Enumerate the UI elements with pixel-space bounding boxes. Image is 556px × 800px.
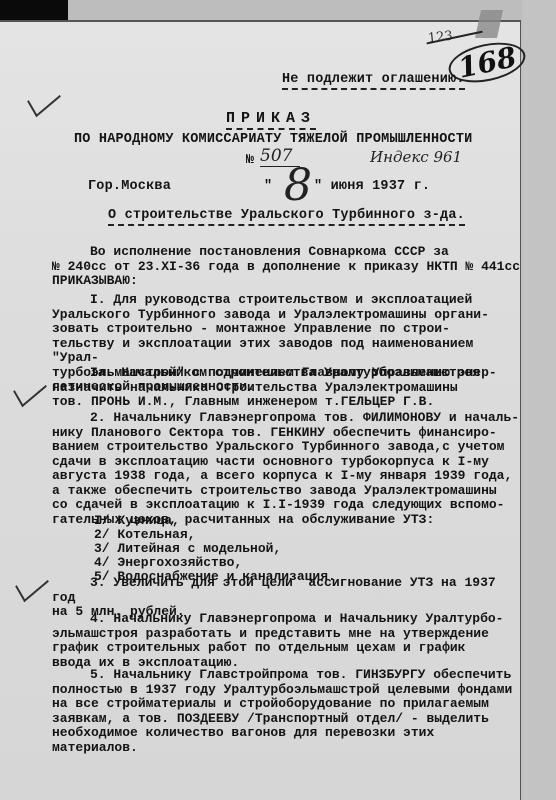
paragraph-line: а также обеспечить строительство завода … bbox=[52, 484, 522, 499]
paragraph-line: полностью в 1937 году Уралтурбоэльмашстр… bbox=[52, 683, 522, 698]
paragraph-line: тельству и эксплоатации этих заводов под… bbox=[52, 337, 522, 366]
preamble-line: ПРИКАЗЫВАЮ: bbox=[52, 274, 522, 289]
workshop-item: 2/ Котельная, bbox=[94, 528, 336, 542]
paragraph-line: тов. ПРОНЬ И.М., Главным инженером т.ГЕЛ… bbox=[52, 395, 522, 410]
paragraph-line: график строительных работ по отдельным ц… bbox=[52, 641, 522, 656]
paragraph-line: зовать строительно - монтажное Управлени… bbox=[52, 322, 522, 337]
paragraph-line: необходимое количество вагонов для перев… bbox=[52, 726, 522, 755]
date-month-year: июня 1937 г. bbox=[331, 179, 431, 194]
paragraph-line: Iа. Начальником строительства Уралтурбоэ… bbox=[52, 366, 522, 381]
paragraph-line: эльмашстроя разработать и представить мн… bbox=[52, 627, 522, 642]
paragraph-line: назначить начальника Строительства Уралэ… bbox=[52, 381, 522, 396]
paragraph-line: 2. Начальнику Главэнергопрома тов. ФИЛИМ… bbox=[52, 411, 522, 426]
index-note: Индекс 961 bbox=[370, 148, 462, 166]
paragraph-line: Уральского Турбинного завода и Уралэлект… bbox=[52, 308, 522, 323]
city: Гор.Москва bbox=[88, 179, 171, 194]
workshop-item: I/ Кузница, bbox=[94, 514, 336, 528]
archive-old-number: 123 bbox=[427, 29, 453, 47]
paragraph-line: 5. Начальнику Главстройпрома тов. ГИНЗБУ… bbox=[52, 668, 522, 683]
date-quote-open: " bbox=[264, 179, 272, 194]
paragraph-2: 2. Начальнику Главэнергопрома тов. ФИЛИМ… bbox=[52, 411, 522, 527]
paragraph-line: на все стройматериалы и стройоборудовани… bbox=[52, 697, 522, 712]
date-day: 8 bbox=[284, 160, 312, 211]
preamble-line: Во исполнение постановления Совнаркома С… bbox=[52, 245, 522, 260]
workshop-item: 3/ Литейная с модельной, bbox=[94, 542, 336, 556]
date-rest: " июня 1937 г. bbox=[314, 179, 430, 194]
workshops-list: I/ Кузница, 2/ Котельная, 3/ Литейная с … bbox=[94, 514, 336, 584]
paragraph-line: нику Планового Сектора тов. ГЕНКИНУ обес… bbox=[52, 426, 522, 441]
paragraph-4: 4. Начальнику Главэнергопрома и Начальни… bbox=[52, 612, 522, 670]
scan-backdrop bbox=[522, 0, 556, 800]
paragraph-line: со сдачей в эксплоатацию к I.I-1939 года… bbox=[52, 498, 522, 513]
paragraph-line: 4. Начальнику Главэнергопрома и Начальни… bbox=[52, 612, 522, 627]
preamble: Во исполнение постановления Совнаркома С… bbox=[52, 245, 522, 289]
paragraph-5: 5. Начальнику Главстройпрома тов. ГИНЗБУ… bbox=[52, 668, 522, 755]
subject-line: О строительстве Уральского Турбинного з-… bbox=[108, 208, 465, 226]
paragraph-line: I. Для руководства строительством и эксп… bbox=[52, 293, 522, 308]
preamble-line: № 240сс от 23.XI-36 года в дополнение к … bbox=[52, 260, 522, 275]
paragraph-1a: Iа. Начальником строительства Уралтурбоэ… bbox=[52, 366, 522, 410]
workshop-item: 4/ Энергохозяйство, bbox=[94, 556, 336, 570]
classification-stamp: Не подлежит оглашению. bbox=[282, 72, 465, 90]
document-title: ПРИКАЗ bbox=[226, 110, 316, 130]
paragraph-line: 3. Увеличить для этой цели ассигнование … bbox=[52, 576, 522, 605]
order-number-prefix: № bbox=[246, 153, 254, 168]
paragraph-line: сдачи в эксплоатацию части основного тур… bbox=[52, 455, 522, 470]
paragraph-line: ванием строительство Уральского Турбинно… bbox=[52, 440, 522, 455]
issuer-heading: ПО НАРОДНОМУ КОМИССАРИАТУ ТЯЖЕЛОЙ ПРОМЫШ… bbox=[74, 132, 472, 147]
paragraph-line: августа 1938 года, а всего корпуса к I-м… bbox=[52, 469, 522, 484]
paragraph-line: заявкам, а тов. ПОЗДЕЕВУ /Транспортный о… bbox=[52, 712, 522, 727]
